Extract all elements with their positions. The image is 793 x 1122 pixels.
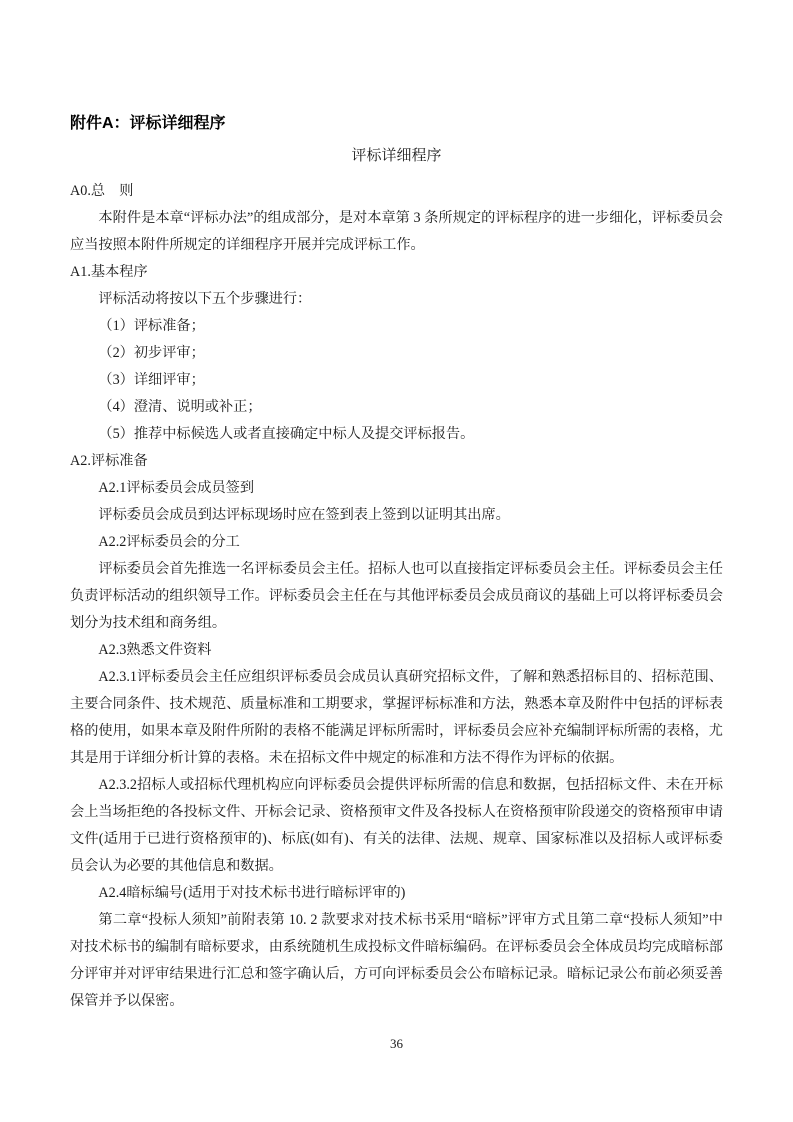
section-heading-a2: A2.评标准备 (70, 448, 723, 475)
paragraph-a2-3-1: A2.3.1评标委员会主任应组织评标委员会成员认真研究招标文件，了解和熟悉招标目… (70, 664, 723, 772)
paragraph-a2-4-body: 第二章“投标人须知”前附表第 10. 2 款要求对技术标书采用“暗标”评审方式且… (70, 907, 723, 1015)
list-item-step-3: （3）详细评审； (70, 367, 723, 394)
subsection-heading-a2-3: A2.3熟悉文件资料 (70, 637, 723, 664)
subsection-heading-a2-1: A2.1评标委员会成员签到 (70, 475, 723, 502)
document-page: 附件A：评标详细程序 评标详细程序 A0.总 则 本附件是本章“评标办法”的组成… (0, 0, 793, 1122)
list-item-step-1: （1）评标准备； (70, 313, 723, 340)
section-heading-a0: A0.总 则 (70, 178, 723, 205)
subsection-heading-a2-4: A2.4暗标编号(适用于对技术标书进行暗标评审的) (70, 880, 723, 907)
paragraph-a2-3-2: A2.3.2招标人或招标代理机构应向评标委员会提供评标所需的信息和数据，包括招标… (70, 772, 723, 880)
document-content: 附件A：评标详细程序 评标详细程序 A0.总 则 本附件是本章“评标办法”的组成… (70, 112, 723, 1015)
list-item-step-4: （4）澄清、说明或补正； (70, 394, 723, 421)
paragraph-a1-lead: 评标活动将按以下五个步骤进行： (70, 286, 723, 313)
list-item-step-5: （5）推荐中标候选人或者直接确定中标人及提交评标报告。 (70, 421, 723, 448)
document-title: 评标详细程序 (70, 144, 723, 168)
paragraph-a2-2-body: 评标委员会首先推选一名评标委员会主任。招标人也可以直接指定评标委员会主任。评标委… (70, 556, 723, 637)
subsection-heading-a2-2: A2.2评标委员会的分工 (70, 529, 723, 556)
list-item-step-2: （2）初步评审； (70, 340, 723, 367)
page-number: 36 (0, 1036, 793, 1052)
paragraph-a2-1-body: 评标委员会成员到达评标现场时应在签到表上签到以证明其出席。 (70, 502, 723, 529)
paragraph-a0-intro: 本附件是本章“评标办法”的组成部分，是对本章第 3 条所规定的评标程序的进一步细… (70, 205, 723, 259)
attachment-heading: 附件A：评标详细程序 (70, 112, 723, 136)
section-heading-a1: A1.基本程序 (70, 259, 723, 286)
